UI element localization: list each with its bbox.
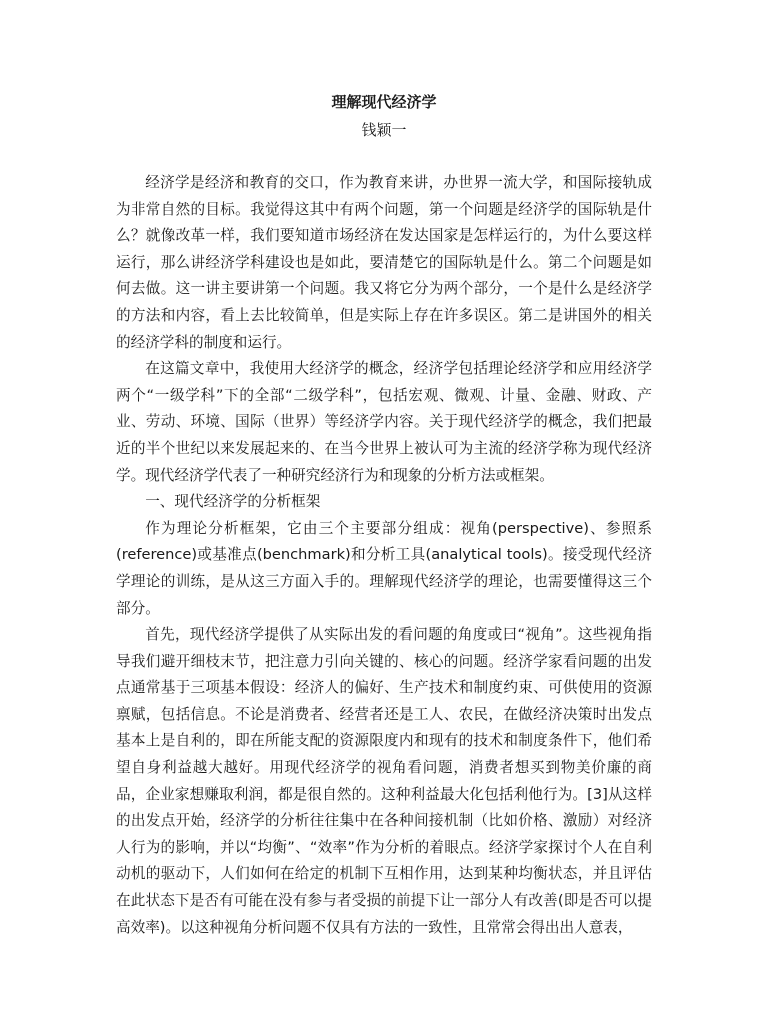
document-body: 经济学是经济和教育的交口，作为教育来讲，办世界一流大学，和国际接轨成为非常自然的… <box>116 170 652 941</box>
document-page: 理解现代经济学 钱颖一 经济学是经济和教育的交口，作为教育来讲，办世界一流大学，… <box>116 92 652 941</box>
paragraph-concept: 在这篇文章中，我使用大经济学的概念，经济学包括理论经济学和应用经济学两个“一级学… <box>116 356 652 489</box>
paragraph-framework: 作为理论分析框架，它由三个主要部分组成：视角(perspective)、参照系(… <box>116 516 652 622</box>
paragraph-perspective: 首先，现代经济学提供了从实际出发的看问题的角度或曰“视角”。这些视角指导我们避开… <box>116 622 652 941</box>
paragraph-intro: 经济学是经济和教育的交口，作为教育来讲，办世界一流大学，和国际接轨成为非常自然的… <box>116 170 652 356</box>
document-author: 钱颖一 <box>116 116 652 168</box>
document-title: 理解现代经济学 <box>116 92 652 116</box>
section-heading: 一、现代经济学的分析框架 <box>116 489 652 516</box>
